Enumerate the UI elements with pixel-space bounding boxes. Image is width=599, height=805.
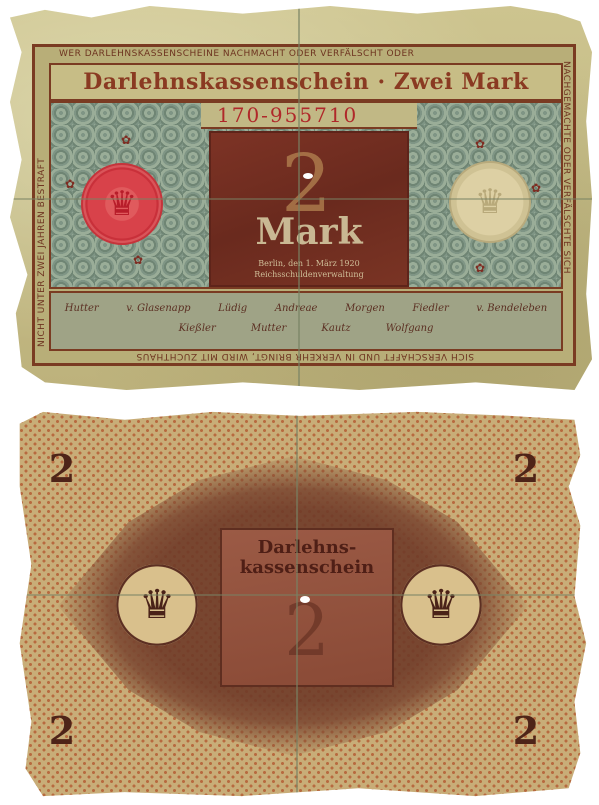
punch-hole — [303, 173, 313, 179]
fold-crease — [296, 408, 298, 800]
issue-date-line: Berlin, den 1. März 1920 — [211, 259, 407, 268]
rosette-icon: ✿ — [133, 253, 143, 267]
signature: v. Glasenapp — [126, 303, 190, 314]
rosette-icon: ✿ — [475, 137, 485, 151]
rosette-icon: ✿ — [65, 177, 75, 191]
eagle-medallion-right: ♛ — [400, 564, 482, 646]
fold-crease — [8, 594, 592, 596]
pale-eagle-watermark: ♛ — [449, 161, 531, 243]
signature: Lüdig — [218, 303, 247, 314]
center-vignette: 2 Mark Berlin, den 1. März 1920 Reichssc… — [209, 131, 409, 287]
banknote-back: ♛ ♛ Darlehns- kassenschein 2 2 2 2 2 — [8, 408, 592, 800]
corner-numeral-bottom-right: 2 — [506, 708, 546, 754]
signature: Kießler — [179, 323, 216, 334]
front-border-frame: WER DARLEHNSKASSENSCHEINE NACHMACHT ODER… — [32, 44, 576, 366]
back-title-line-1: Darlehns- — [222, 538, 392, 558]
title-banner: Darlehnskassenschein · Zwei Mark — [49, 63, 563, 101]
signature: Wolfgang — [386, 323, 434, 334]
signature: Fiedler — [412, 303, 448, 314]
edge-text-top: WER DARLEHNSKASSENSCHEINE NACHMACHT ODER… — [59, 49, 414, 59]
issuer-line: Reichsschuldenverwaltung — [211, 270, 407, 279]
back-center-panel: Darlehns- kassenschein 2 — [220, 528, 394, 687]
signature: Morgen — [345, 303, 385, 314]
banknote-front: WER DARLEHNSKASSENSCHEINE NACHMACHT ODER… — [10, 6, 592, 390]
signature: Kautz — [321, 323, 350, 334]
eagle-icon: ♛ — [475, 182, 505, 222]
signature: Andreae — [275, 303, 318, 314]
back-title-line-2: kassenschein — [222, 558, 392, 578]
red-eagle-seal: ♛ — [81, 163, 163, 245]
signature-row-2: Kießler Mutter Kautz Wolfgang — [51, 323, 561, 334]
rosette-icon: ✿ — [531, 181, 541, 195]
corner-numeral-bottom-left: 2 — [42, 708, 82, 754]
serial-number: 170-955710 — [217, 103, 358, 127]
rosette-icon: ✿ — [121, 133, 131, 147]
signature-row-1: Hutter v. Glasenapp Lüdig Andreae Morgen… — [51, 303, 561, 314]
signature: Hutter — [65, 303, 99, 314]
edge-text-left: NICHT UNTER ZWEI JAHREN BESTRAFT — [37, 158, 47, 347]
signature: Mutter — [251, 323, 286, 334]
fold-crease — [10, 198, 592, 200]
punch-hole — [300, 596, 310, 603]
corner-numeral-top-right: 2 — [506, 446, 546, 492]
signature-panel: Hutter v. Glasenapp Lüdig Andreae Morgen… — [49, 291, 563, 351]
rosette-icon: ✿ — [475, 261, 485, 275]
eagle-icon: ♛ — [107, 184, 137, 224]
guilloche-panel: 170-955710 ✿ ✿ ✿ ✿ ✿ ✿ ♛ ♛ 2 Mark Berlin… — [49, 101, 563, 289]
note-title: Darlehnskassenschein · Zwei Mark — [83, 69, 528, 95]
signature: v. Bendeleben — [476, 303, 547, 314]
denomination-word: Mark — [211, 211, 407, 253]
corner-numeral-top-left: 2 — [42, 446, 82, 492]
eagle-icon: ♛ — [423, 582, 459, 628]
eagle-icon: ♛ — [139, 582, 175, 628]
serial-box: 170-955710 — [201, 103, 417, 129]
fold-crease — [298, 6, 300, 390]
eagle-medallion-left: ♛ — [116, 564, 198, 646]
edge-text-bottom: SICH VERSCHAFFT UND IN VERKEHR BRINGT, W… — [55, 351, 555, 361]
